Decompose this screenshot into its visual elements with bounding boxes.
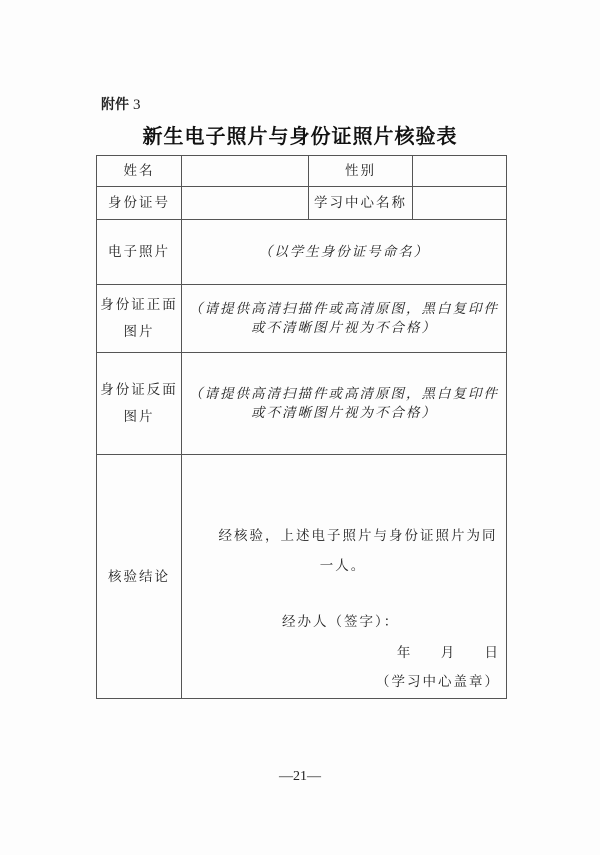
id-front-label: 身份证正面图片 (97, 285, 182, 353)
id-back-field[interactable]: （请提供高清扫描件或高清原图，黑白复印件或不清晰图片视为不合格） (182, 353, 507, 455)
attachment-label: 附件3 (101, 94, 141, 114)
electronic-photo-field[interactable]: （以学生身份证号命名） (182, 220, 507, 285)
form-row-photo: 电子照片 （以学生身份证号命名） (97, 220, 507, 285)
learning-center-label: 学习中心名称 (309, 187, 413, 220)
form-row-id: 身份证号 学习中心名称 (97, 187, 507, 220)
conclusion-label: 核验结论 (97, 455, 182, 699)
id-front-label-line1: 身份证正面 (97, 292, 181, 319)
id-back-label-line1: 身份证反面 (97, 377, 181, 404)
conclusion-field: 经核验，上述电子照片与身份证照片为同一人。 经办人（签字）： 年 月 日 （学习… (182, 455, 507, 699)
date-line[interactable]: 年 月 日 (397, 641, 498, 661)
id-number-label: 身份证号 (97, 187, 182, 220)
form-row-id-front: 身份证正面图片 （请提供高清扫描件或高清原图，黑白复印件或不清晰图片视为不合格） (97, 285, 507, 353)
gender-field[interactable] (413, 156, 507, 187)
id-front-field[interactable]: （请提供高清扫描件或高清原图，黑白复印件或不清晰图片视为不合格） (182, 285, 507, 353)
form-row-id-back: 身份证反面图片 （请提供高清扫描件或高清原图，黑白复印件或不清晰图片视为不合格） (97, 353, 507, 455)
electronic-photo-label: 电子照片 (97, 220, 182, 285)
attachment-text: 附件 (101, 97, 129, 113)
stamp-label: （学习中心盖章） (376, 670, 500, 690)
id-front-hint-line2: 或不清晰图片视为不合格） (182, 319, 506, 338)
id-back-hint-line2: 或不清晰图片视为不合格） (182, 404, 506, 423)
document-title: 新生电子照片与身份证照片核验表 (0, 120, 600, 149)
name-label: 姓名 (97, 156, 182, 187)
signature-label[interactable]: 经办人（签字）： (282, 610, 399, 630)
learning-center-field[interactable] (413, 187, 507, 220)
id-front-hint-line1: （请提供高清扫描件或高清原图，黑白复印件 (182, 300, 506, 319)
verification-form-table: 姓名 性别 身份证号 学习中心名称 电子照片 （以学生身份证号命名） 身份证正面… (96, 155, 507, 699)
gender-label: 性别 (309, 156, 413, 187)
form-row-name: 姓名 性别 (97, 156, 507, 187)
id-number-field[interactable] (182, 187, 309, 220)
id-back-label: 身份证反面图片 (97, 353, 182, 455)
id-back-hint-line1: （请提供高清扫描件或高清原图，黑白复印件 (182, 385, 506, 404)
conclusion-statement: 经核验，上述电子照片与身份证照片为同一人。 (188, 521, 498, 581)
id-back-label-line2: 图片 (97, 404, 181, 431)
attachment-number: 3 (133, 97, 141, 113)
id-front-label-line2: 图片 (97, 319, 181, 346)
name-field[interactable] (182, 156, 309, 187)
form-row-conclusion: 核验结论 经核验，上述电子照片与身份证照片为同一人。 经办人（签字）： 年 月 … (97, 455, 507, 699)
page-number: —21— (0, 769, 600, 785)
